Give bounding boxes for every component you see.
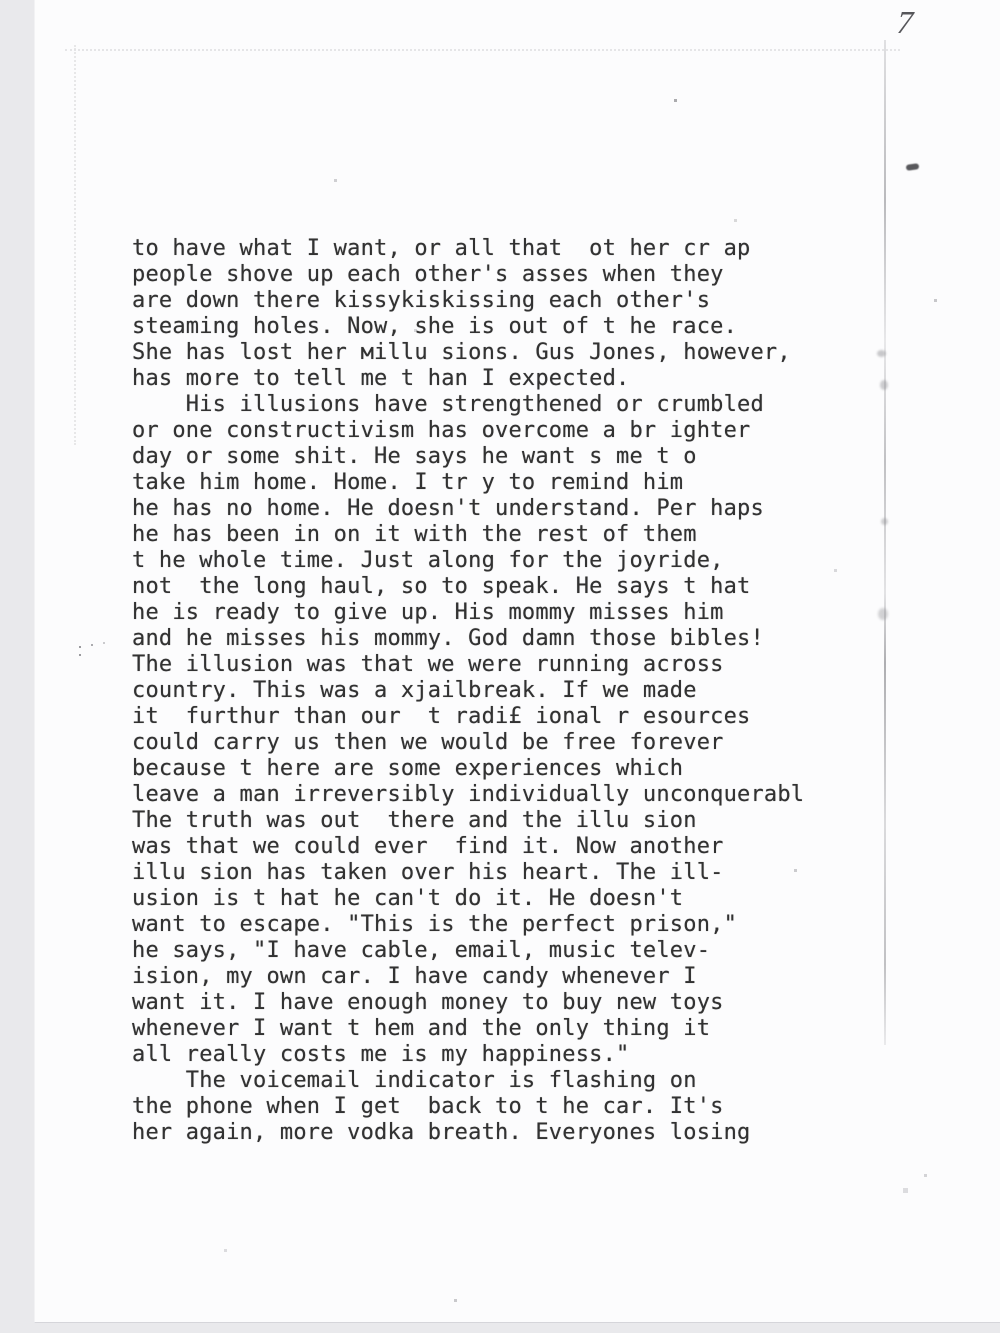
typewritten-line: all really costs me is my happiness." bbox=[132, 1042, 804, 1068]
ink-smudge bbox=[906, 163, 920, 171]
typewritten-line: he has no home. He doesn't understand. P… bbox=[132, 496, 804, 522]
typewritten-line: whenever I want t hem and the only thing… bbox=[132, 1016, 804, 1042]
scan-noise-specks bbox=[35, 0, 36, 1]
typewritten-line: steaming holes. Now, she is out of t he … bbox=[132, 314, 804, 340]
scan-smudge bbox=[878, 608, 888, 620]
scan-artifact-fold-line bbox=[884, 40, 886, 1045]
scanned-document-viewer: 7 to have what I want, or all that ot he… bbox=[0, 0, 1000, 1333]
scan-artifact-left-edge bbox=[74, 45, 76, 445]
typewritten-line: t he whole time. Just along for the joyr… bbox=[132, 548, 804, 574]
typewritten-line: to have what I want, or all that ot her … bbox=[132, 236, 804, 262]
typewritten-line: The illusion was that we were running ac… bbox=[132, 652, 804, 678]
typewritten-line: illu sion has taken over his heart. The … bbox=[132, 860, 804, 886]
typewritten-line: he has been in on it with the rest of th… bbox=[132, 522, 804, 548]
typewritten-line: her again, more vodka breath. Everyones … bbox=[132, 1120, 804, 1146]
scan-smudge bbox=[877, 350, 886, 357]
typewritten-line: he says, "I have cable, email, music tel… bbox=[132, 938, 804, 964]
page-number: 7 bbox=[896, 4, 915, 41]
typewritten-line: take him home. Home. I tr y to remind hi… bbox=[132, 470, 804, 496]
typewritten-line: The truth was out there and the illu sio… bbox=[132, 808, 804, 834]
typewritten-line: His illusions have strengthened or crumb… bbox=[132, 392, 804, 418]
scan-smudge bbox=[881, 518, 888, 525]
typewritten-line: country. This was a xjailbreak. If we ma… bbox=[132, 678, 804, 704]
scan-smudge bbox=[880, 380, 888, 390]
typewritten-line: the phone when I get back to t he car. I… bbox=[132, 1094, 804, 1120]
typewritten-text-block: to have what I want, or all that ot her … bbox=[132, 236, 804, 1146]
margin-mark bbox=[79, 646, 81, 648]
typewritten-line: want to escape. "This is the perfect pri… bbox=[132, 912, 804, 938]
typewritten-line: day or some shit. He says he want s me t… bbox=[132, 444, 804, 470]
typewritten-line: usion is t hat he can't do it. He doesn'… bbox=[132, 886, 804, 912]
typewritten-line: are down there kissykiskissing each othe… bbox=[132, 288, 804, 314]
typewritten-line: he is ready to give up. His mommy misses… bbox=[132, 600, 804, 626]
typewritten-line: leave a man irreversibly individually un… bbox=[132, 782, 804, 808]
typewritten-line: because t here are some experiences whic… bbox=[132, 756, 804, 782]
typewritten-line: people shove up each other's asses when … bbox=[132, 262, 804, 288]
typewritten-line: it furthur than our t radi£ ional r esou… bbox=[132, 704, 804, 730]
typewritten-line: could carry us then we would be free for… bbox=[132, 730, 804, 756]
typewritten-line: or one constructivism has overcome a br … bbox=[132, 418, 804, 444]
typewritten-line: ision, my own car. I have candy whenever… bbox=[132, 964, 804, 990]
typewritten-line: was that we could ever find it. Now anot… bbox=[132, 834, 804, 860]
scanned-page: 7 to have what I want, or all that ot he… bbox=[34, 0, 1000, 1323]
typewritten-line: and he misses his mommy. God damn those … bbox=[132, 626, 804, 652]
typewritten-line: has more to tell me t han I expected. bbox=[132, 366, 804, 392]
typewritten-line: want it. I have enough money to buy new … bbox=[132, 990, 804, 1016]
typewritten-line: not the long haul, so to speak. He says … bbox=[132, 574, 804, 600]
typewritten-line: The voicemail indicator is flashing on bbox=[132, 1068, 804, 1094]
scan-artifact-top-edge bbox=[65, 49, 900, 51]
typewritten-line: She has lost her мillu sions. Gus Jones,… bbox=[132, 340, 804, 366]
